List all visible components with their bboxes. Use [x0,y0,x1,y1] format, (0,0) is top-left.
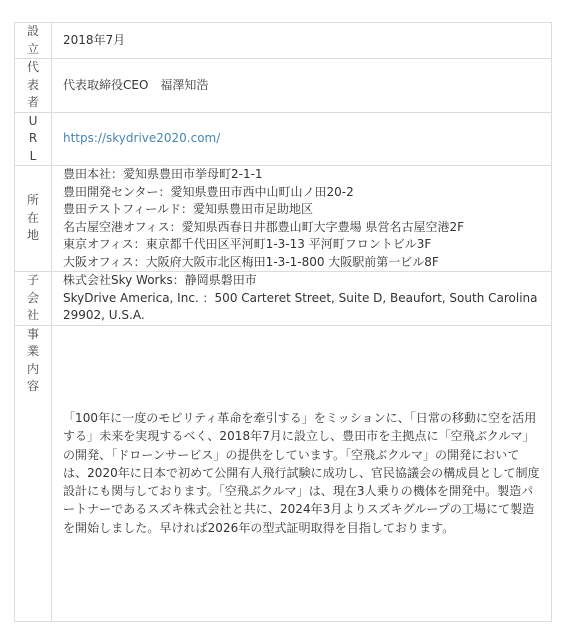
label-established: 設 立 [15,23,52,59]
company-info-table: 設 立 2018年7月 代 表 者 代表取締役CEO 福澤知浩 U R L ht… [14,22,552,622]
location-toyota-test-field: 豊田テストフィールド：愛知県豊田市足助地区 [63,201,540,219]
value-representative: 代表取締役CEO 福澤知浩 [52,59,552,113]
location-osaka-office: 大阪オフィス：大阪府大阪市北区梅田1-3-1-800 大阪駅前第一ビル8F [63,254,540,272]
label-subsidiaries: 子 会 社 [15,272,52,326]
subsidiary-sky-works: 株式会社Sky Works：静岡県磐田市 [63,272,540,290]
label-business: 事 業 内 容 [15,325,52,621]
value-url: https://skydrive2020.com/ [52,112,552,166]
label-representative: 代 表 者 [15,59,52,113]
website-link[interactable]: https://skydrive2020.com/ [63,131,220,145]
row-locations: 所 在 地 豊田本社：愛知県豊田市挙母町2-1-1 豊田開発センター：愛知県豊田… [15,166,552,272]
label-locations: 所 在 地 [15,166,52,272]
location-nagoya-airport-office: 名古屋空港オフィス：愛知県西春日井郡豊山町大字豊場 県営名古屋空港2F [63,219,540,237]
location-tokyo-office: 東京オフィス：東京都千代田区平河町1-3-13 平河町フロントビル3F [63,236,540,254]
location-toyota-hq: 豊田本社：愛知県豊田市挙母町2-1-1 [63,166,540,184]
row-established: 設 立 2018年7月 [15,23,552,59]
row-url: U R L https://skydrive2020.com/ [15,112,552,166]
subsidiary-skydrive-america: SkyDrive America, Inc. ：500 Carteret Str… [63,290,540,325]
label-url: U R L [15,112,52,166]
row-representative: 代 表 者 代表取締役CEO 福澤知浩 [15,59,552,113]
value-established: 2018年7月 [52,23,552,59]
location-toyota-dev-center: 豊田開発センター：愛知県豊田市西中山町山ノ田20-2 [63,184,540,202]
row-subsidiaries: 子 会 社 株式会社Sky Works：静岡県磐田市 SkyDrive Amer… [15,272,552,326]
value-business: 「100年に一度のモビリティ革命を牽引する」をミッションに、「日常の移動に空を活… [52,325,552,621]
value-locations: 豊田本社：愛知県豊田市挙母町2-1-1 豊田開発センター：愛知県豊田市西中山町山… [52,166,552,272]
row-business: 事 業 内 容 「100年に一度のモビリティ革命を牽引する」をミッションに、「日… [15,325,552,621]
value-subsidiaries: 株式会社Sky Works：静岡県磐田市 SkyDrive America, I… [52,272,552,326]
